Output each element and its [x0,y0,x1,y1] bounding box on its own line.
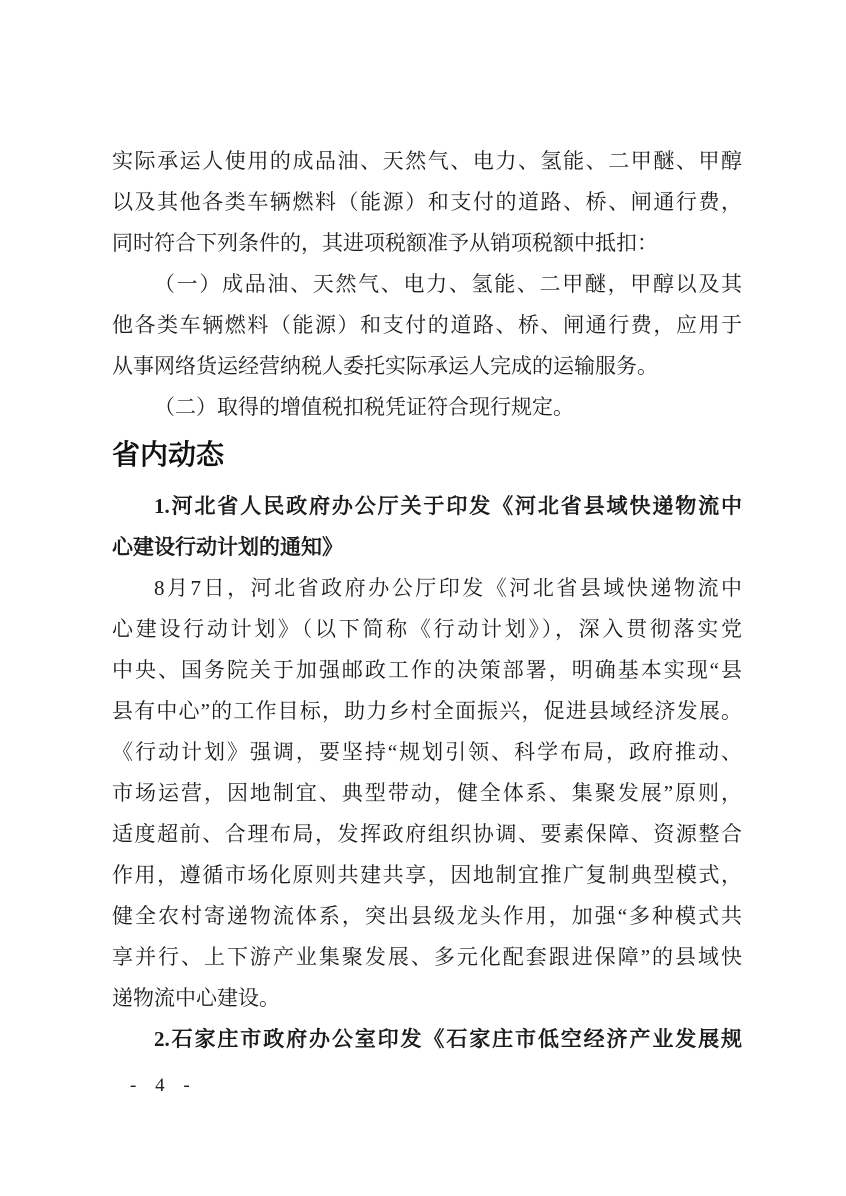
list-item-two-paragraph: （二）取得的增值税扣税凭证符合现行规定。 [112,387,742,428]
article1-title: 1.河北省人民政府办公厅关于印发《河北省县域快递物流中 心建设行动计划的通知》 [112,486,742,568]
text-line: 他各类车辆燃料（能源）和支付的道路、桥、闸通行费，应用于 [112,305,742,346]
text-line: 递物流中心建设。 [112,978,742,1019]
text-line: （二）取得的增值税扣税凭证符合现行规定。 [112,387,742,428]
text-line: 8月7日，河北省政府办公厅印发《河北省县域快递物流中 [112,568,742,609]
text-line: 健全农村寄递物流体系，突出县级龙头作用，加强“多种模式共 [112,896,742,937]
article-title-line: 心建设行动计划的通知》 [112,527,742,568]
section-heading: 省内动态 [112,434,742,476]
text-line: 作用，遵循市场化原则共建共享，因地制宜推广复制典型模式， [112,855,742,896]
text-line: 适度超前、合理布局，发挥政府组织协调、要素保障、资源整合 [112,814,742,855]
article-title-line: 1.河北省人民政府办公厅关于印发《河北省县域快递物流中 [112,486,742,527]
text-line: 享并行、上下游产业集聚发展、多元化配套跟进保障”的县域快 [112,937,742,978]
list-item-one-paragraph: （一）成品油、天然气、电力、氢能、二甲醚，甲醇以及其 他各类车辆燃料（能源）和支… [112,264,742,387]
text-line: 实际承运人使用的成品油、天然气、电力、氢能、二甲醚、甲醇 [112,141,742,182]
article-title-line: 2.石家庄市政府办公室印发《石家庄市低空经济产业发展规 [112,1019,742,1060]
article2-title: 2.石家庄市政府办公室印发《石家庄市低空经济产业发展规 [112,1019,742,1060]
text-line: 中央、国务院关于加强邮政工作的决策部署，明确基本实现“县 [112,650,742,691]
text-line: 县有中心”的工作目标，助力乡村全面振兴，促进县域经济发展。 [112,691,742,732]
text-line: 《行动计划》强调，要坚持“规划引领、科学布局，政府推动、 [112,732,742,773]
document-page: 实际承运人使用的成品油、天然气、电力、氢能、二甲醚、甲醇 以及其他各类车辆燃料（… [0,0,846,1196]
text-line: 心建设行动计划》（以下简称《行动计划》），深入贯彻落实党 [112,609,742,650]
article1-body-paragraph: 8月7日，河北省政府办公厅印发《河北省县域快递物流中 心建设行动计划》（以下简称… [112,568,742,1019]
text-line: 以及其他各类车辆燃料（能源）和支付的道路、桥、闸通行费， [112,182,742,223]
text-line: 从事网络货运经营纳税人委托实际承运人完成的运输服务。 [112,346,742,387]
text-line: 同时符合下列条件的，其进项税额准予从销项税额中抵扣： [112,223,742,264]
document-content: 实际承运人使用的成品油、天然气、电力、氢能、二甲醚、甲醇 以及其他各类车辆燃料（… [112,141,742,1060]
intro-paragraph: 实际承运人使用的成品油、天然气、电力、氢能、二甲醚、甲醇 以及其他各类车辆燃料（… [112,141,742,264]
page-number: - 4 - [130,1074,197,1098]
text-line: 市场运营，因地制宜、典型带动，健全体系、集聚发展”原则， [112,773,742,814]
text-line: （一）成品油、天然气、电力、氢能、二甲醚，甲醇以及其 [112,264,742,305]
